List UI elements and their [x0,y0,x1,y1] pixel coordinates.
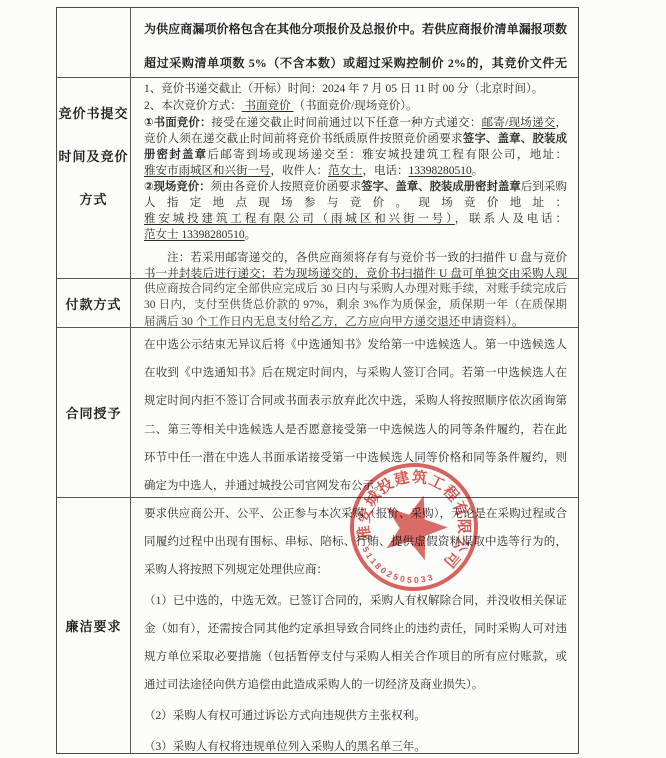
note-paragraph: 注：若采用邮寄递交的，各供应商须将存有与竞价书一致的扫描件 U 盘与竞价书一并封… [144,250,567,278]
row-header-contract-award: 合同授予 [57,327,131,497]
cell-invalid-bid-rule: 为供应商漏项价格包含在其他分项报价及总报价中。若供应商报价清单漏报项数超过采购清… [131,8,578,77]
integrity-clause-1: （1）已中选的，中选无效。已签订合同的，采购人有权解除合同，并没收相关保证金（如… [144,587,567,699]
integrity-intro-text: 要求供应商公开、公平、公正参与本次采购（报价、采购），无论是在采购过程或合同履约… [144,500,567,584]
contract-award-text: 在中选公示结束无异议后将《中选通知书》发给第一中选候选人。第一中选候选人在收到《… [144,331,567,497]
integrity-clause-3: （3）采购人有权将违规单位列入采购人的黑名单三年。 [144,733,567,753]
onsite-address: 雅安城投建筑工程有限公司（雨城区和兴街一号） [144,213,455,225]
bid-method-line: 2、本次竞价方式： 书面竞价 （书面竞价/现场竞价）。 [144,98,567,115]
row-header-submission-time-method: 竞价书提交 时间及竞价 方式 [57,77,131,278]
integrity-clause-2: （2）采购人有权可通过诉讼方式向违规供方主张权利。 [144,702,567,730]
cell-submission-details: 1、竞价书递交截止（开标）时间：2024 年 7 月 05 日 11 时 00 … [131,77,578,278]
recipient-name: 范女士 [328,165,363,177]
payment-terms-text: 供应商按合同约定全部供应完成后 30 日内与采购人办理对账手续，对账手续完成后 … [144,281,567,327]
invalid-bid-rule-text: 为供应商漏项价格包含在其他分项报价及总报价中。若供应商报价清单漏报项数超过采购清… [144,12,567,77]
cell-payment-terms: 供应商按合同约定全部供应完成后 30 日内与采购人办理对账手续，对账手续完成后 … [131,278,578,327]
bid-method-value: 书面竞价 [242,100,294,112]
row-header-empty [57,8,131,77]
bidding-terms-table: 为供应商漏项价格包含在其他分项报价及总报价中。若供应商报价清单漏报项数超过采购清… [56,7,579,754]
cell-contract-award-terms: 在中选公示结束无异议后将《中选通知书》发给第一中选候选人。第一中选候选人在收到《… [131,327,578,497]
phone-number: 13398280510 [409,165,472,177]
header-line: 方式 [79,178,107,221]
mail-address: 雅安市雨城区和兴街一号 [144,165,271,177]
header-line: 时间及竞价 [58,135,128,178]
onsite-bid-paragraph: ②现场竞价：须由各竞价人按照竞价函要求签字、盖章、胶装成册密封盖章后到采购人指定… [144,179,567,243]
row-header-integrity-requirements: 廉洁要求 [57,497,131,753]
header-line: 竞价书提交 [58,92,128,135]
cell-integrity-requirements: 要求供应商公开、公平、公正参与本次采购（报价、采购），无论是在采购过程或合同履约… [131,497,578,753]
written-bid-paragraph: ①书面竞价：接受在递交截止时间前通过以下任意一种方式递交：邮寄/现场递交，竞价人… [144,115,567,179]
contact-and-phone: 范女士 13398280510 [144,229,245,241]
deadline-text: 1、竞价书递交截止（开标）时间：2024 年 7 月 05 日 11 时 00 … [144,81,567,98]
row-header-payment-method: 付款方式 [57,278,131,327]
